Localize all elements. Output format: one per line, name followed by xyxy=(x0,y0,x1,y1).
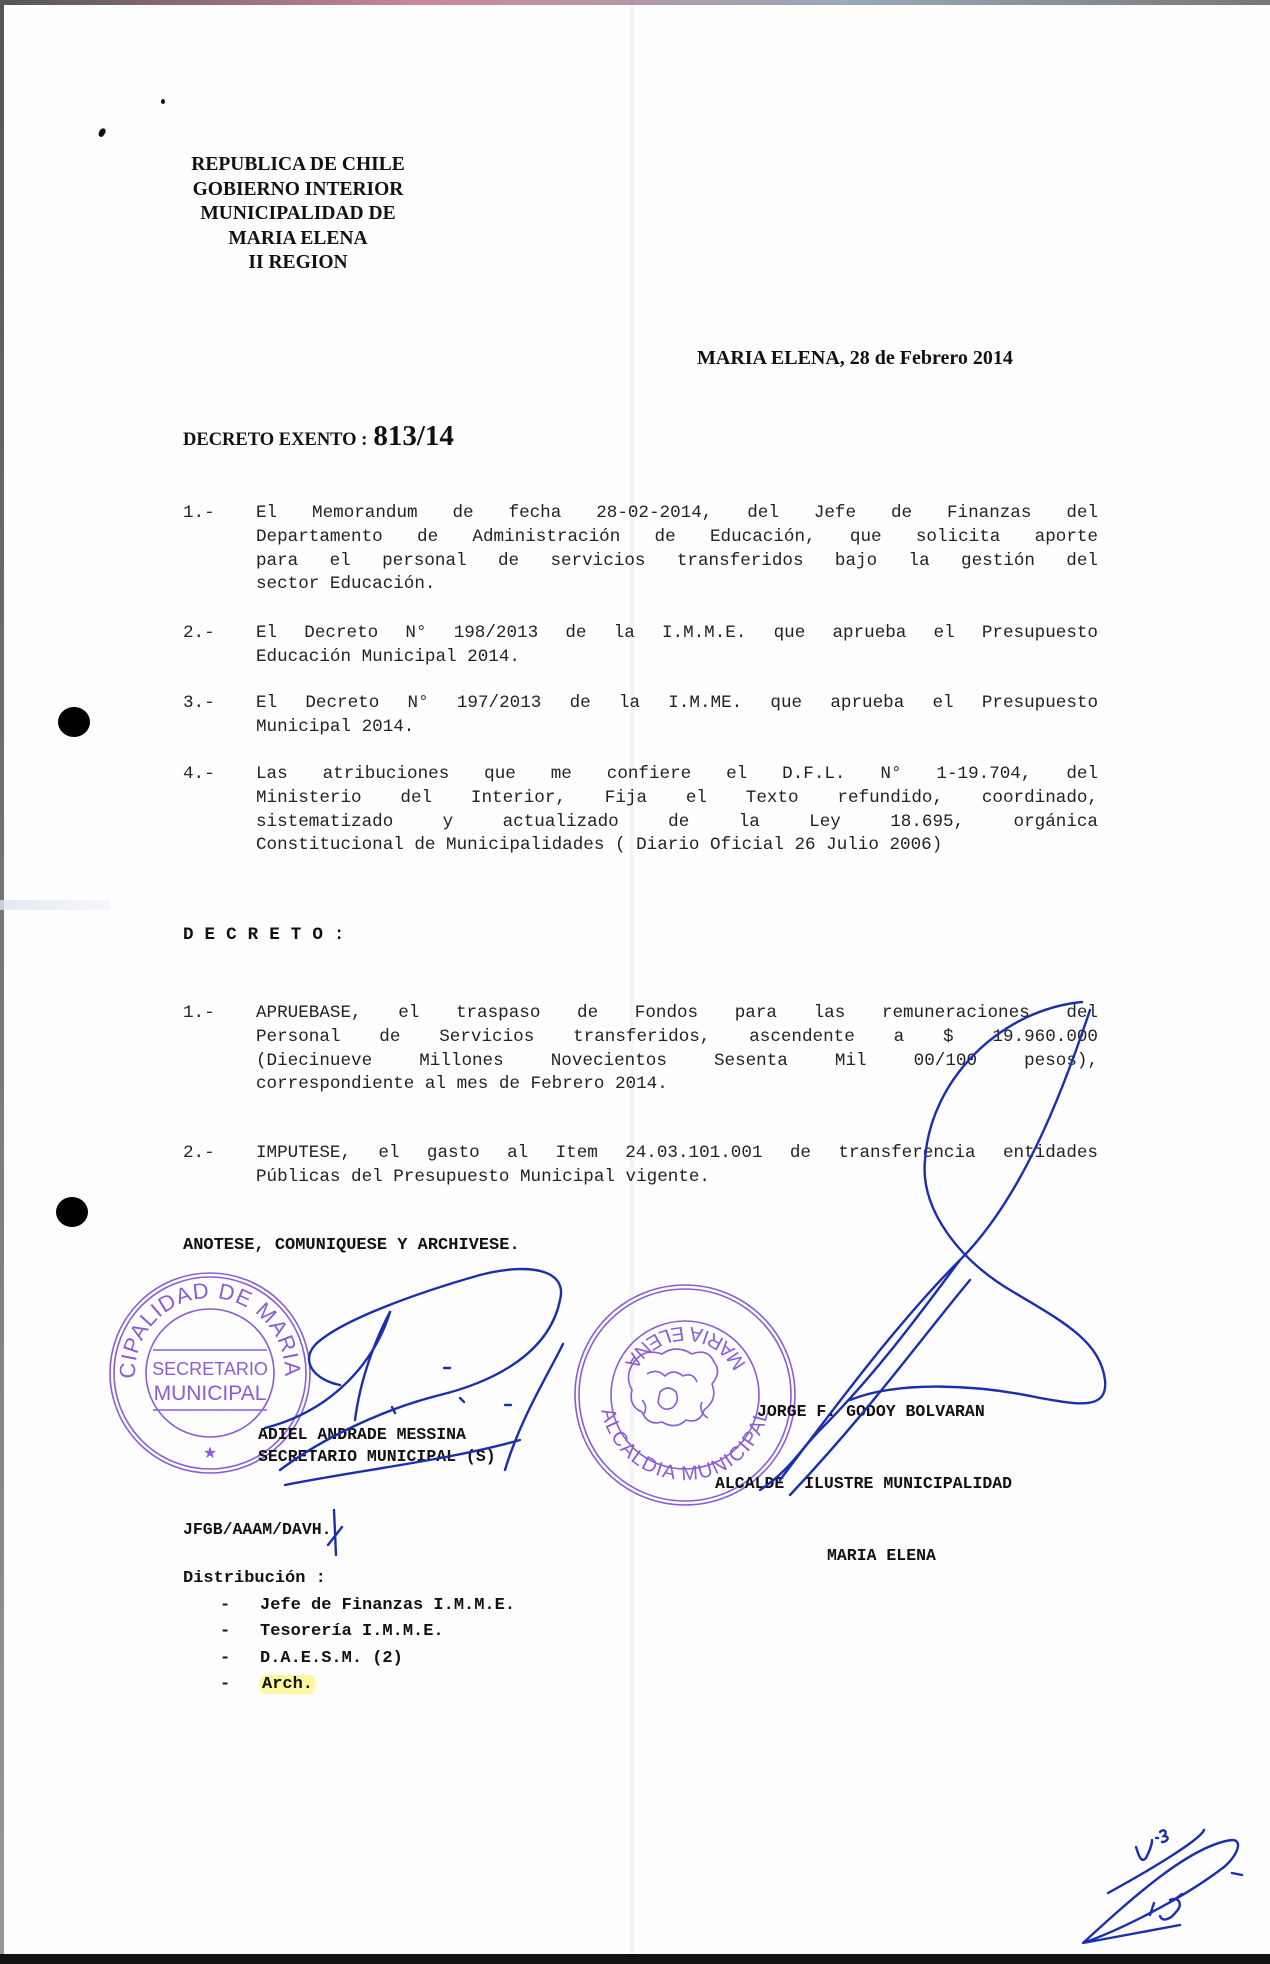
document-page: REPUBLICA DE CHILE GOBIERNO INTERIOR MUN… xyxy=(0,0,1270,1964)
handwritten-signatures xyxy=(0,0,1270,1964)
